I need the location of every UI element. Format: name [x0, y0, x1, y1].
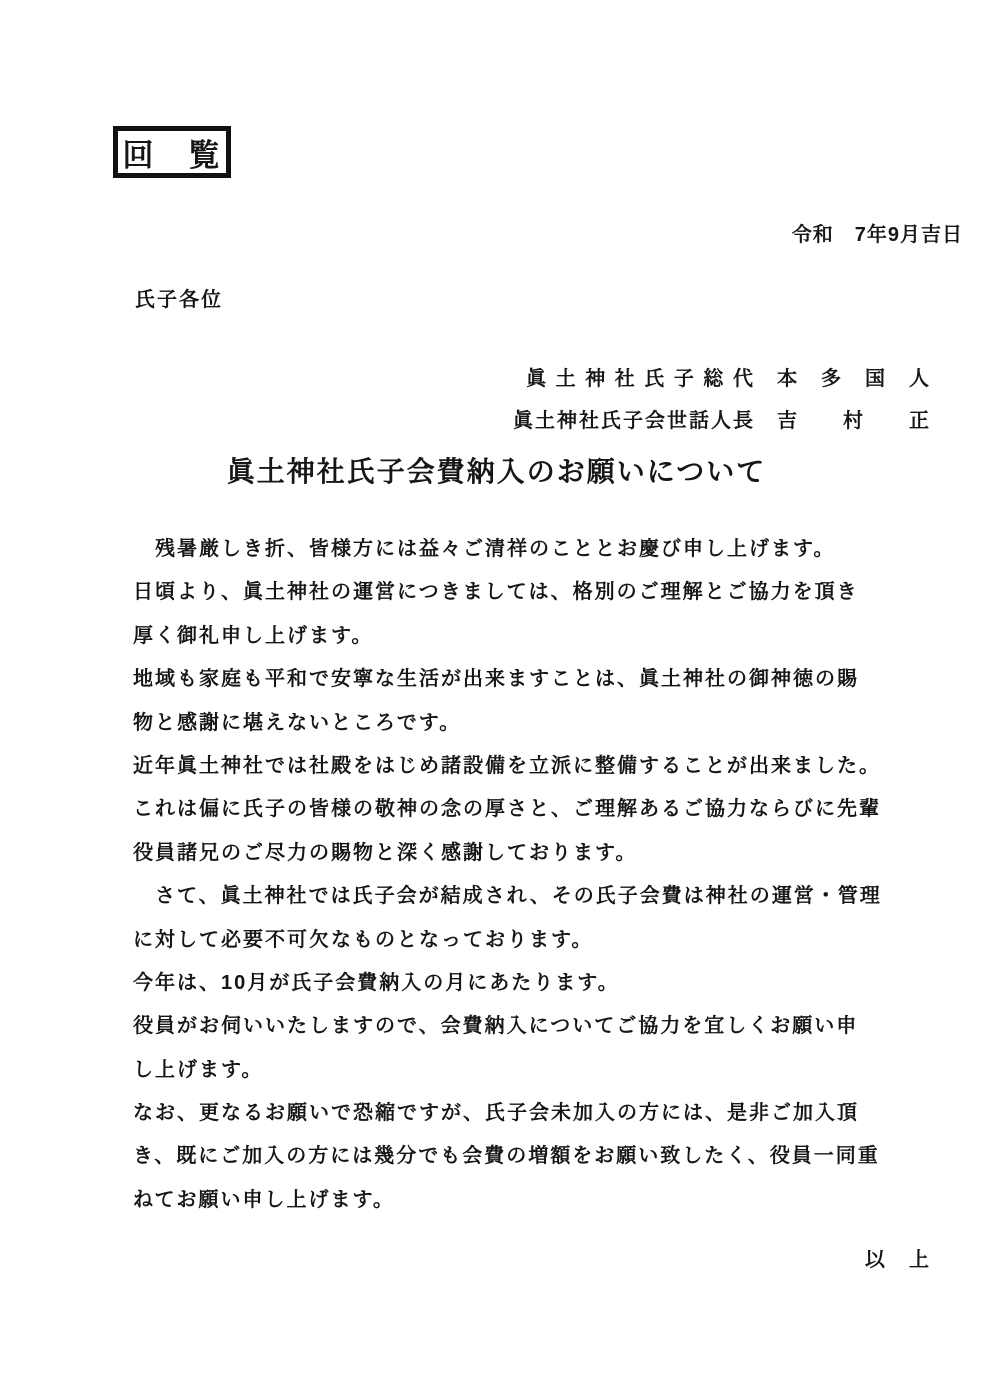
- body-line: ねてお願い申し上げます。: [133, 1179, 933, 1222]
- body-line: 近年眞土神社では社殿をはじめ諸設備を立派に整備することが出来ました。: [133, 745, 933, 788]
- circulation-stamp-box: 回 覧: [113, 126, 231, 178]
- circulation-stamp-label: 回 覧: [123, 130, 222, 175]
- body-line: 物と感謝に堪えないところです。: [133, 702, 933, 745]
- body-line: 役員がお伺いいたしますので、会費納入についてご協力を宜しくお願い申: [133, 1005, 933, 1048]
- body-line: し上げます。: [133, 1049, 933, 1092]
- closing-ijou: 以 上: [865, 1243, 931, 1272]
- body-line: これは偏に氏子の皆様の敬神の念の厚さと、ご理解あるご協力ならびに先輩: [133, 788, 933, 831]
- body-line: に対して必要不可欠なものとなっております。: [133, 919, 933, 962]
- document-date: 令和 7年9月吉日: [792, 218, 963, 247]
- body-line: 厚く御礼申し上げます。: [133, 615, 933, 658]
- body-text: 残暑厳しき折、皆様方には益々ご清祥のこととお慶び申し上げます。 日頃より、眞土神…: [133, 528, 933, 1222]
- body-line: き、既にご加入の方には幾分でも会費の増額をお願い致したく、役員一同重: [133, 1135, 933, 1178]
- body-line: なお、更なるお願いで恐縮ですが、氏子会未加入の方には、是非ご加入頂: [133, 1092, 933, 1135]
- signature-line-caretaker-chief: 眞土神社氏子会世話人長 吉 村 正: [513, 404, 931, 433]
- body-line: 役員諸兄のご尽力の賜物と深く感謝しております。: [133, 832, 933, 875]
- body-line: 今年は、10月が氏子会費納入の月にあたります。: [133, 962, 933, 1005]
- document-title: 眞土神社氏子会費納入のお願いについて: [0, 450, 993, 490]
- body-line: 地域も家庭も平和で安寧な生活が出来ますことは、眞土神社の御神徳の賜: [133, 658, 933, 701]
- body-line: さて、眞土神社では氏子会が結成され、その氏子会費は神社の運営・管理: [133, 875, 933, 918]
- document-page: 回 覧 令和 7年9月吉日 氏子各位 眞 土 神 社 氏 子 総 代 本 多 国…: [0, 0, 993, 1399]
- body-line: 日頃より、眞土神社の運営につきましては、格別のご理解とご協力を頂き: [133, 571, 933, 614]
- body-line: 残暑厳しき折、皆様方には益々ご清祥のこととお慶び申し上げます。: [133, 528, 933, 571]
- signature-line-representative: 眞 土 神 社 氏 子 総 代 本 多 国 人: [526, 362, 931, 391]
- addressee-line: 氏子各位: [135, 283, 223, 312]
